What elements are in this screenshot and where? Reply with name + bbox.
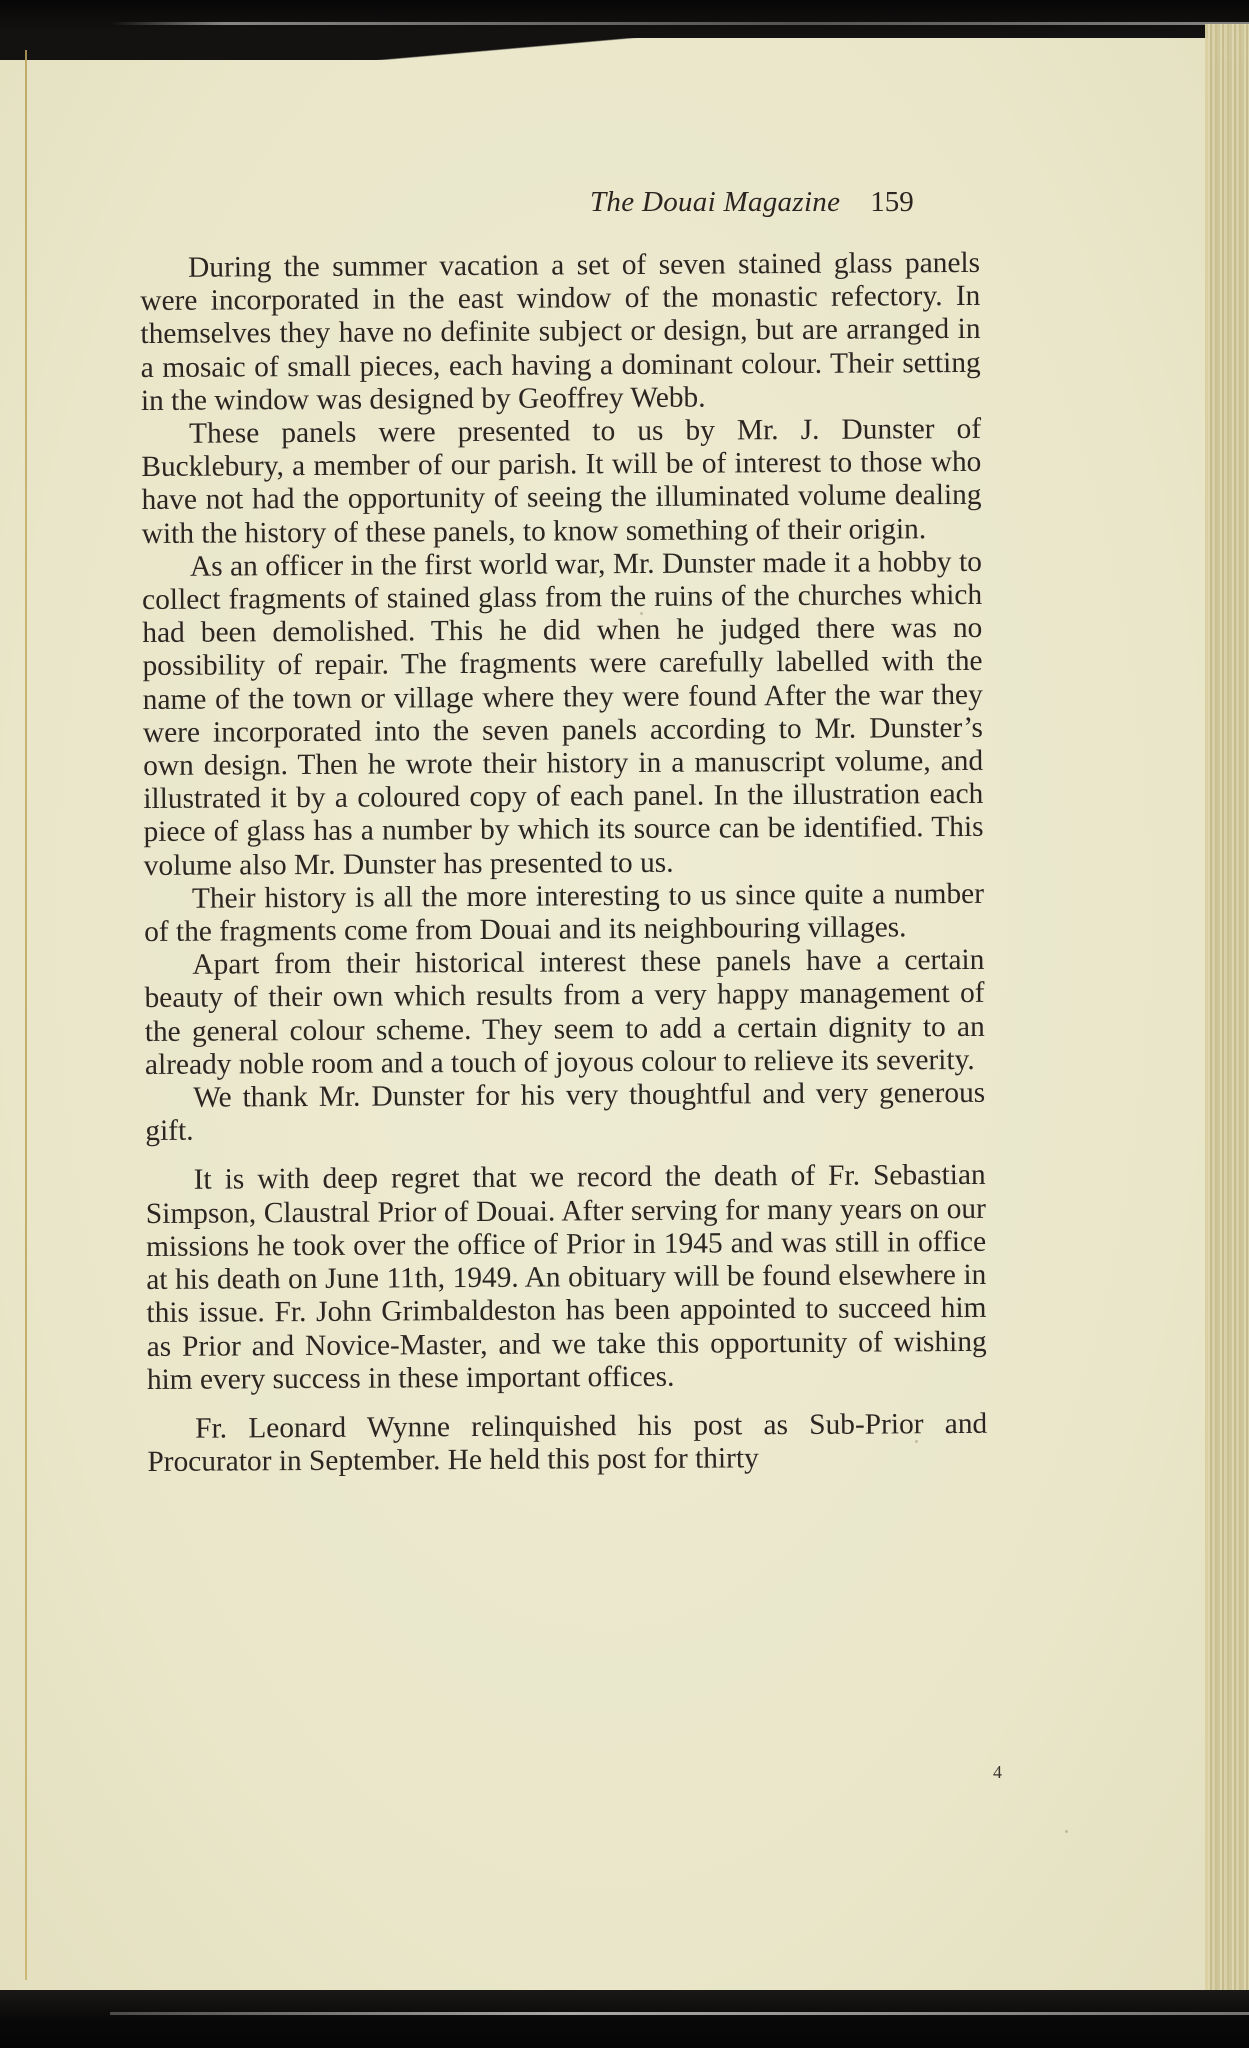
book-scan: The Douai Magazine159 During the summer … [0,0,1249,2048]
running-header: The Douai Magazine159 [590,186,914,219]
article-body: During the summer vacation a set of seve… [140,247,987,1479]
paragraph-stained-glass-intro: During the summer vacation a set of seve… [140,247,981,418]
paragraph-beauty: Apart from their historical interest the… [144,944,985,1082]
paragraph-douai-connection: Their history is all the more interestin… [144,878,984,950]
running-header-title: The Douai Magazine [590,186,840,218]
paragraph-origin: As an officer in the first world war, Mr… [142,546,984,883]
page-number: 159 [870,186,914,218]
paper-speck [915,1440,918,1443]
page-edges-stack [1205,24,1249,1999]
paragraph-prior-death: It is with deep regret that we record th… [146,1159,987,1397]
gutter-fold-line [25,50,27,1980]
book-cover-bottom-edge [0,1990,1249,2048]
page-top-shadow [0,30,1249,60]
paper-speck [1065,1830,1068,1833]
paragraph-presented-by: These panels were presented to us by Mr.… [141,413,982,551]
signature-mark: 4 [993,1762,1002,1783]
paper-speck [640,612,643,615]
paragraph-thanks: We thank Mr. Dunster for his very though… [145,1077,985,1149]
paragraph-sub-prior: Fr. Leonard Wynne relinquished his post … [147,1408,987,1480]
